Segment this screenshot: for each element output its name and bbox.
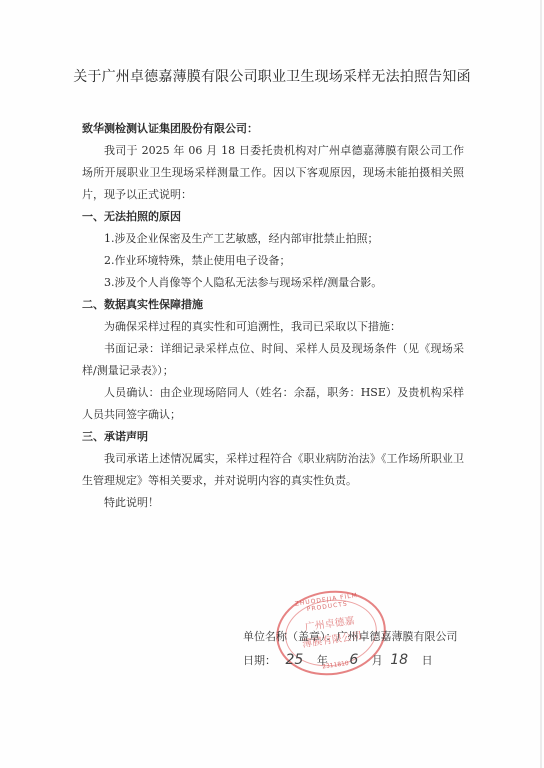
document-title: 关于广州卓德嘉薄膜有限公司职业卫生现场采样无法拍照告知函 bbox=[0, 66, 544, 86]
date-day: 18 bbox=[390, 652, 408, 668]
date-year-unit: 年 bbox=[317, 654, 328, 667]
section-3-item-1: 我司承诺上述情况属实，采样过程符合《职业病防治法》《工作场所职业卫生管理规定》等… bbox=[82, 448, 464, 492]
addressee: 致华测检测认证集团股份有限公司： bbox=[82, 118, 464, 140]
unit-label: 单位名称（盖章）： bbox=[243, 630, 337, 643]
section-2-item-1: 为确保采样过程的真实性和可追溯性，我司已采取以下措施： bbox=[82, 316, 464, 338]
section-2-item-2: 书面记录：详细记录采样点位、时间、采样人员及现场条件（见《现场采样/测量记录表》… bbox=[82, 338, 464, 382]
unit-name: 广州卓德嘉薄膜有限公司 bbox=[337, 630, 458, 643]
document-body: 致华测检测认证集团股份有限公司： 我司于 2025 年 06 月 18 日委托贵… bbox=[82, 118, 464, 514]
date-label: 日期： bbox=[243, 654, 276, 667]
date-month: 6 bbox=[349, 652, 358, 668]
date-day-unit: 日 bbox=[422, 654, 433, 667]
intro-paragraph: 我司于 2025 年 06 月 18 日委托贵机构对广州卓德嘉薄膜有限公司工作场… bbox=[82, 140, 464, 206]
date-year: 25 bbox=[286, 652, 304, 668]
section-1-heading: 一、无法拍照的原因 bbox=[82, 206, 464, 228]
section-2-heading: 二、数据真实性保障措施 bbox=[82, 294, 464, 316]
scan-edge bbox=[540, 0, 542, 768]
section-1-item-2: 2.作业环境特殊，禁止使用电子设备； bbox=[82, 250, 464, 272]
signature-date: 日期： 25 年 6 月 18 日 bbox=[243, 652, 433, 668]
section-3-heading: 三、承诺声明 bbox=[82, 426, 464, 448]
section-1-item-1: 1.涉及企业保密及生产工艺敏感，经内部审批禁止拍照； bbox=[82, 228, 464, 250]
section-2-item-3: 人员确认：由企业现场陪同人（姓名：余磊，职务：HSE）及贵机构采样人员共同签字确… bbox=[82, 382, 464, 426]
section-1-item-3: 3.涉及个人肖像等个人隐私无法参与现场采样/测量合影。 bbox=[82, 272, 464, 294]
date-month-unit: 月 bbox=[372, 654, 383, 667]
signature-unit: 单位名称（盖章）：广州卓德嘉薄膜有限公司 bbox=[243, 628, 458, 644]
section-3-item-2: 特此说明！ bbox=[82, 492, 464, 514]
